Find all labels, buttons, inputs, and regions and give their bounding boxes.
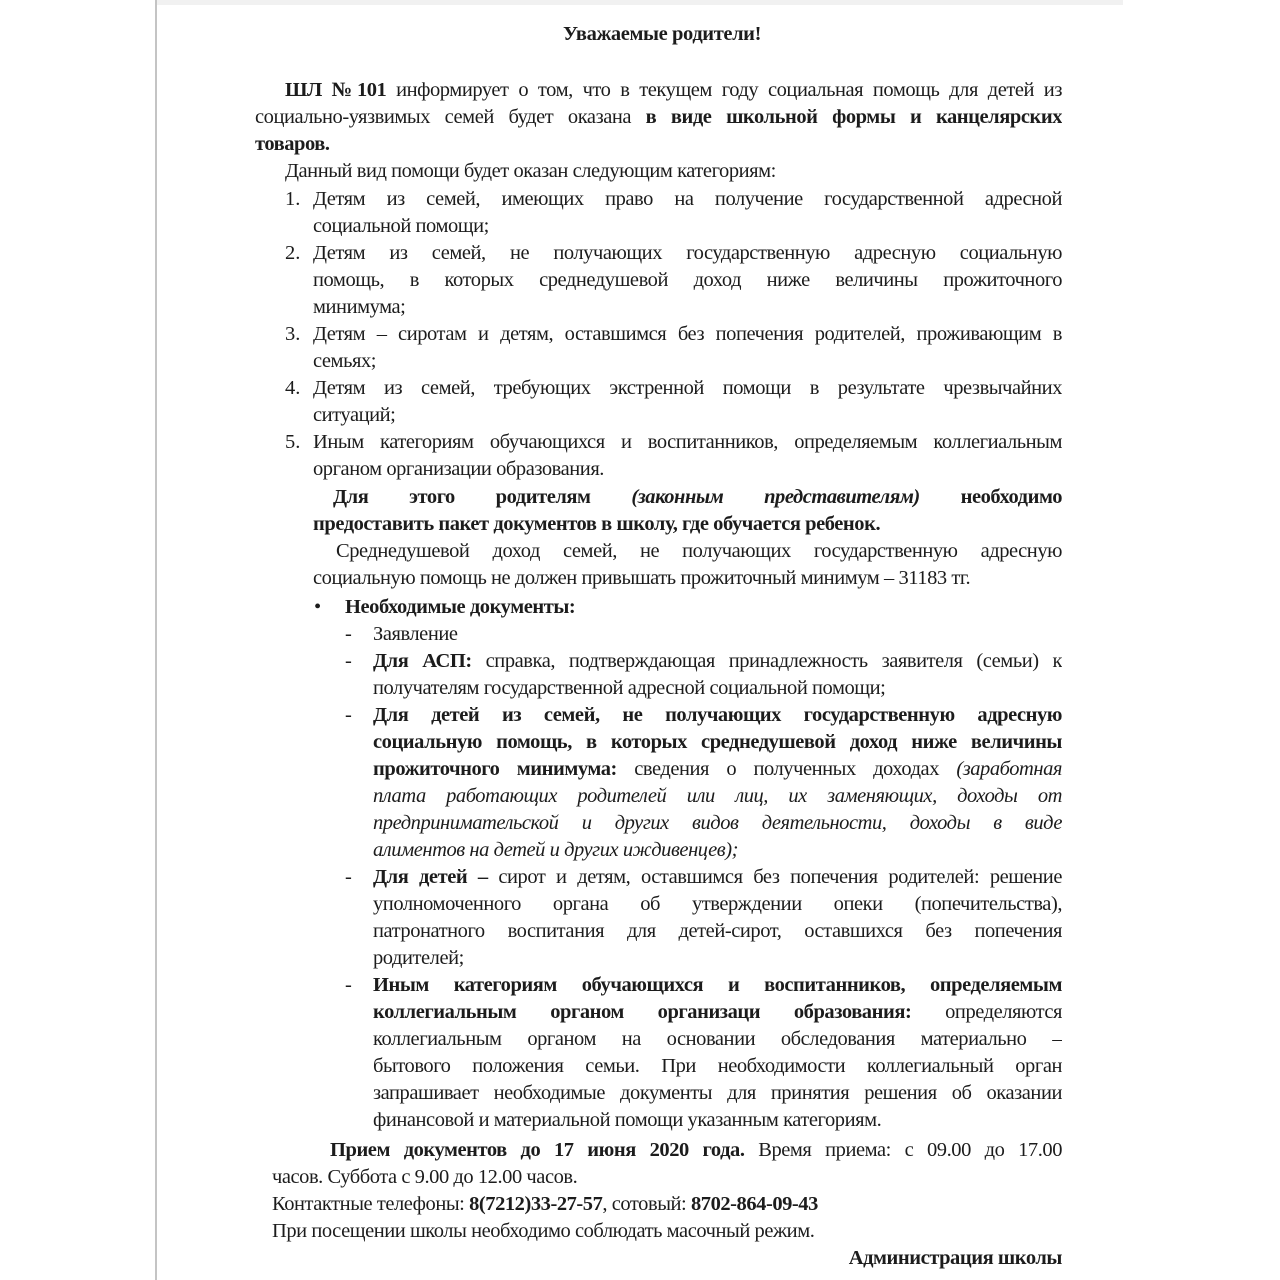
text-run: получателям государственной адресной соц… — [373, 677, 885, 699]
text-run: 8702-864-09-43 — [691, 1193, 818, 1215]
category-item-line: органом организации образования. — [313, 456, 604, 483]
list-number: 1. — [285, 186, 300, 213]
parents-notice-line: предоставить пакет документов в школу, г… — [313, 511, 880, 538]
required-doc-line: алиментов на детей и других иждивенцев); — [373, 837, 738, 864]
text-run: Заявление — [373, 623, 458, 645]
text-run: часов. Суббота с 9.00 до 12.00 часов. — [272, 1166, 577, 1188]
schedule-line: часов. Суббота с 9.00 до 12.00 часов. — [272, 1164, 577, 1191]
text-run: предпринимательской и других видов деяте… — [373, 812, 1062, 834]
intro-line: социально-уязвимых семей будет оказана в… — [255, 104, 1062, 131]
text-run: Иным категориям обучающихся и воспитанни… — [373, 974, 1062, 996]
signature: Администрация школы — [849, 1245, 1062, 1272]
category-item-line: минимума; — [313, 294, 405, 321]
required-doc-line: патронатного воспитания для детей-сирот,… — [373, 918, 1062, 945]
category-item-line: Детям – сиротам и детям, оставшимся без … — [313, 321, 1062, 348]
text-run: прожиточного минимума: — [373, 758, 617, 780]
text-run: уполномоченного органа об утверждении оп… — [373, 893, 1062, 915]
text-run: патронатного воспитания для детей-сирот,… — [373, 920, 1062, 942]
list-number: 2. — [285, 240, 300, 267]
text-run: Для детей из семей, не получающих госуда… — [373, 704, 1062, 726]
text-run: , сотовый: — [602, 1193, 691, 1215]
dash-icon: - — [345, 864, 352, 891]
list-number: 4. — [285, 375, 300, 402]
text-run: 8(7212)33-27-57 — [469, 1193, 602, 1215]
required-doc-line: запрашивает необходимые документы для пр… — [373, 1080, 1062, 1107]
required-doc-line: бытового положения семьи. При необходимо… — [373, 1053, 1062, 1080]
text-run: социальную помощь, в которых среднедушев… — [373, 731, 1062, 753]
text-run: справка, подтверждающая принадлежность з… — [472, 650, 1062, 672]
text-run: бытового положения семьи. При необходимо… — [373, 1055, 1062, 1077]
contacts-line: Контактные телефоны: 8(7212)33-27-57, со… — [272, 1191, 818, 1218]
intro-line: ШЛ №101 информирует о том, что в текущем… — [285, 77, 1062, 104]
text-run: товаров. — [255, 133, 330, 155]
text-run: (законным представителям) — [631, 486, 919, 508]
category-item-line: семьях; — [313, 348, 376, 375]
text-run: Для детей – — [373, 866, 488, 888]
required-doc-line: Для детей из семей, не получающих госуда… — [373, 702, 1062, 729]
dash-icon: - — [345, 648, 352, 675]
text-run: алиментов на детей и других иждивенцев); — [373, 839, 738, 861]
text-run: необходимо — [920, 486, 1062, 508]
text-run: плата работающих родителей или лиц, их з… — [373, 785, 1062, 807]
text-run: Для этого родителям — [333, 486, 631, 508]
dash-icon: - — [345, 702, 352, 729]
required-doc-line: Для детей – сирот и детям, оставшимся бе… — [373, 864, 1062, 891]
document-title: Уважаемые родители! — [0, 23, 1280, 46]
required-doc-line: Иным категориям обучающихся и воспитанни… — [373, 972, 1062, 999]
text-run: социально-уязвимых семей будет оказана — [255, 106, 646, 128]
page-border — [155, 0, 157, 1280]
dash-icon: - — [345, 972, 352, 999]
page-top-edge — [157, 0, 1123, 5]
intro-line: товаров. — [255, 131, 330, 158]
required-doc-line: получателям государственной адресной соц… — [373, 675, 885, 702]
category-item-line: Детям из семей, имеющих право на получен… — [313, 186, 1062, 213]
required-doc-line: плата работающих родителей или лиц, их з… — [373, 783, 1062, 810]
text-run: (заработная — [956, 758, 1062, 780]
income-notice-line: социальную помощь не должен привышать пр… — [313, 565, 970, 592]
category-item-line: Детям из семей, требующих экстренной пом… — [313, 375, 1062, 402]
text-run: Контактные телефоны: — [272, 1193, 469, 1215]
category-item-line: ситуаций; — [313, 402, 395, 429]
required-doc-line: социальную помощь, в которых среднедушев… — [373, 729, 1062, 756]
text-run: в виде школьной формы и канцелярских — [646, 106, 1062, 128]
text-run: ШЛ №101 — [285, 79, 386, 101]
text-run: Прием документов до 17 июня 2020 года. — [330, 1139, 745, 1161]
bullet-icon: • — [314, 594, 321, 621]
required-docs-heading: Необходимые документы: — [345, 594, 575, 621]
text-run: сирот и детям, оставшимся без попечения … — [488, 866, 1062, 888]
required-doc-line: Заявление — [373, 621, 458, 648]
required-doc-line: коллегиальным органом на основании обсле… — [373, 1026, 1062, 1053]
text-run: информирует о том, что в текущем году со… — [386, 79, 1062, 101]
text-run: коллегиальным органом на основании обсле… — [373, 1028, 1062, 1050]
category-item-line: социальной помощи; — [313, 213, 489, 240]
text-run: коллегиальным органом организаци образов… — [373, 1001, 911, 1023]
text-run: предоставить пакет документов в школу, г… — [313, 513, 880, 535]
list-number: 5. — [285, 429, 300, 456]
text-run: определяются — [911, 1001, 1062, 1023]
required-doc-line: родителей; — [373, 945, 464, 972]
dash-icon: - — [345, 621, 352, 648]
schedule-line: Прием документов до 17 июня 2020 года. В… — [330, 1137, 1062, 1164]
text-run: запрашивает необходимые документы для пр… — [373, 1082, 1062, 1104]
text-run: финансовой и материальной помощи указанн… — [373, 1109, 881, 1131]
required-doc-line: предпринимательской и других видов деяте… — [373, 810, 1062, 837]
text-run: родителей; — [373, 947, 464, 969]
income-notice-line: Среднедушевой доход семей, не получающих… — [336, 538, 1062, 565]
required-doc-line: Для АСП: справка, подтверждающая принадл… — [373, 648, 1062, 675]
required-doc-line: прожиточного минимума: сведения о получе… — [373, 756, 1062, 783]
text-run: Для АСП: — [373, 650, 472, 672]
parents-notice-line: Для этого родителям (законным представит… — [333, 484, 1062, 511]
categories-intro: Данный вид помощи будет оказан следующим… — [285, 158, 776, 185]
mask-notice: При посещении школы необходимо соблюдать… — [272, 1218, 814, 1245]
category-item-line: Иным категориям обучающихся и воспитанни… — [313, 429, 1062, 456]
list-number: 3. — [285, 321, 300, 348]
required-doc-line: уполномоченного органа об утверждении оп… — [373, 891, 1062, 918]
text-run: сведения о полученных доходах — [617, 758, 956, 780]
text-run: Необходимые документы: — [345, 596, 575, 618]
category-item-line: Детям из семей, не получающих государств… — [313, 240, 1062, 267]
text-run: Время приема: с 09.00 до 17.00 — [745, 1139, 1063, 1161]
required-doc-line: финансовой и материальной помощи указанн… — [373, 1107, 881, 1134]
text-run: Администрация школы — [849, 1247, 1062, 1269]
required-doc-line: коллегиальным органом организаци образов… — [373, 999, 1062, 1026]
category-item-line: помощь, в которых среднедушевой доход ни… — [313, 267, 1062, 294]
